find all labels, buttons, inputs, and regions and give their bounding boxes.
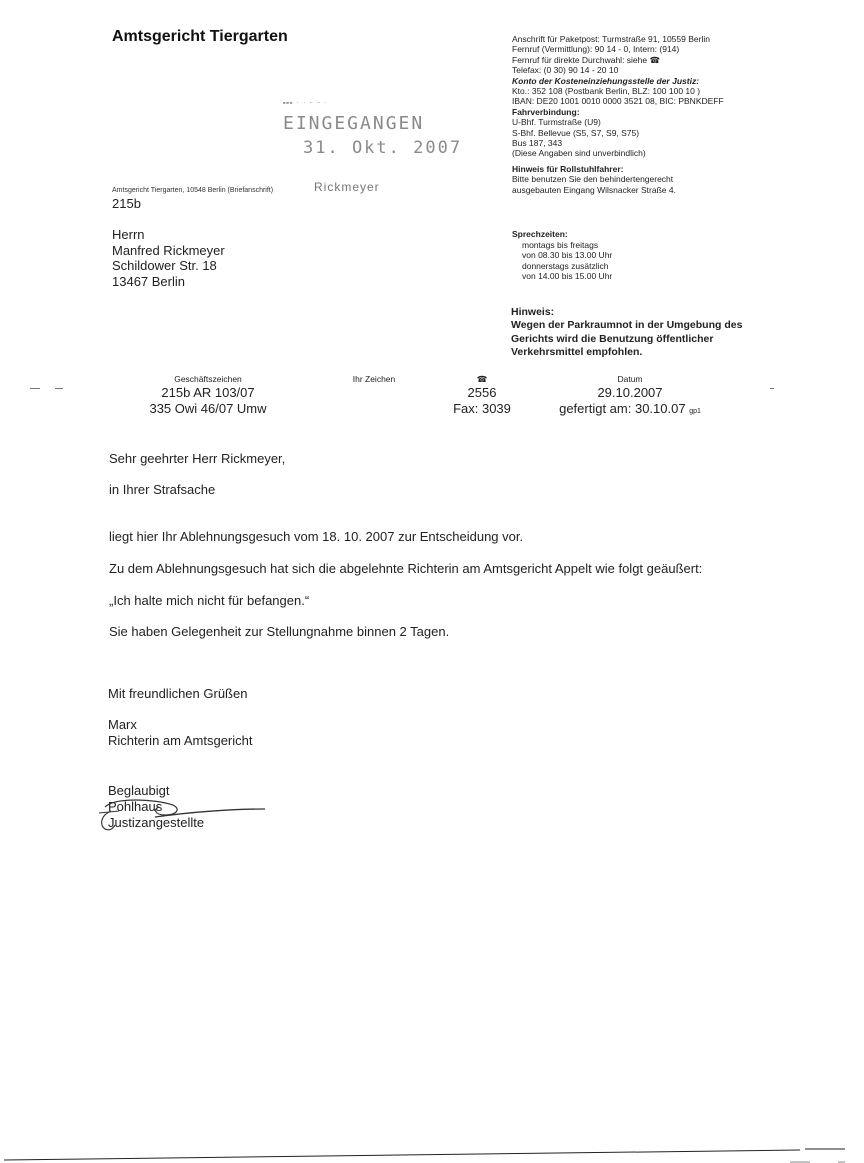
- address-line: Herrn: [112, 227, 225, 243]
- scan-mark: [55, 388, 63, 389]
- fax-number: Fax: 3039: [445, 401, 519, 417]
- handwritten-signature: [95, 795, 285, 840]
- info-line: Anschrift für Paketpost: Turmstraße 91, …: [512, 34, 772, 44]
- notice-line: Verkehrsmittel empfohlen.: [511, 346, 771, 359]
- transport-line: (Diese Angaben sind unverbindlich): [512, 148, 772, 158]
- prepared-date: gefertigt am: 30.10.07 gp1: [545, 401, 715, 420]
- notice-heading: Hinweis:: [511, 306, 771, 319]
- salutation: Sehr geehrter Herr Rickmeyer,: [109, 451, 285, 466]
- matter-line: in Ihrer Strafsache: [109, 482, 215, 497]
- case-label: Geschäftszeichen: [135, 373, 281, 385]
- account-heading: Konto der Kosteneinziehungsstelle der Ju…: [512, 76, 772, 86]
- received-stamp: ▬▬▬ · · ⌐ ─ · EINGEGANGEN 31. Okt. 2007: [283, 100, 462, 158]
- case-number: 335 Owi 46/07 Umw: [135, 401, 281, 417]
- your-reference: Ihr Zeichen: [340, 373, 408, 385]
- hours-line: donnerstags zusätzlich: [512, 261, 612, 272]
- body-paragraph: Sie haben Gelegenheit zur Stellungnahme …: [109, 624, 449, 639]
- phone-extension: 2556: [445, 385, 519, 401]
- stamp-name: Rickmeyer: [314, 180, 380, 194]
- account-line: Kto.: 352 108 (Postbank Berlin, BLZ: 100…: [512, 86, 772, 96]
- prepared-code: gp1: [689, 408, 701, 415]
- scan-mark: [30, 388, 40, 389]
- case-number: 215b AR 103/07: [135, 385, 281, 401]
- your-ref-label: Ihr Zeichen: [340, 373, 408, 385]
- hours-heading: Sprechzeiten:: [512, 229, 612, 240]
- court-contact-info: Anschrift für Paketpost: Turmstraße 91, …: [512, 34, 772, 195]
- info-line: Fernruf für direkte Durchwahl: siehe ☎: [512, 55, 772, 65]
- phone-icon: ☎: [445, 373, 519, 385]
- hours-line: von 14.00 bis 15.00 Uhr: [512, 271, 612, 282]
- parking-notice: Hinweis: Wegen der Parkraumnot in der Um…: [511, 306, 771, 360]
- notice-line: Wegen der Parkraumnot in der Umgebung de…: [511, 319, 771, 332]
- date-label: Datum: [545, 373, 715, 385]
- signer-title: Richterin am Amtsgericht: [108, 733, 253, 749]
- info-line: Telefax: (0 30) 90 14 - 20 10: [512, 65, 772, 75]
- department-code: 215b: [112, 196, 141, 211]
- address-line: Schildower Str. 18: [112, 258, 225, 274]
- court-name: Amtsgericht Tiergarten: [112, 28, 288, 46]
- info-line: Fernruf (Vermittlung): 90 14 - 0, Intern…: [512, 44, 772, 54]
- signer-block: Marx Richterin am Amtsgericht: [108, 717, 253, 749]
- wheelchair-line: ausgebauten Eingang Wilsnacker Straße 4.: [512, 185, 772, 195]
- address-line: Manfred Rickmeyer: [112, 243, 225, 259]
- hours-line: montags bis freitags: [512, 240, 612, 251]
- stamp-date: 31. Okt. 2007: [303, 138, 462, 158]
- wheelchair-heading: Hinweis für Rollstuhlfahrer:: [512, 164, 772, 174]
- transport-line: Bus 187, 343: [512, 138, 772, 148]
- office-hours: Sprechzeiten: montags bis freitags von 0…: [512, 229, 612, 282]
- scan-edge: [0, 1140, 864, 1163]
- date-reference: Datum 29.10.2007 gefertigt am: 30.10.07 …: [545, 373, 715, 419]
- closing-greeting: Mit freundlichen Grüßen: [108, 686, 247, 702]
- scan-mark: [770, 388, 774, 389]
- signer-name: Marx: [108, 717, 253, 733]
- notice-line: Gerichts wird die Benutzung öffentlicher: [511, 333, 771, 346]
- phone-reference: ☎ 2556 Fax: 3039: [445, 373, 519, 416]
- body-paragraph: Zu dem Ablehnungsgesuch hat sich die abg…: [109, 561, 702, 576]
- stamp-text: EINGEGANGEN: [283, 113, 462, 134]
- quote-paragraph: „Ich halte mich nicht für befangen.“: [109, 593, 309, 608]
- body-paragraph: liegt hier Ihr Ablehnungsgesuch vom 18. …: [109, 529, 523, 544]
- case-reference: Geschäftszeichen 215b AR 103/07 335 Owi …: [135, 373, 281, 416]
- return-address: Amtsgericht Tiergarten, 10548 Berlin (Br…: [112, 187, 273, 194]
- account-line: IBAN: DE20 1001 0010 0000 3521 08, BIC: …: [512, 96, 772, 106]
- transport-line: U-Bhf. Turmstraße (U9): [512, 117, 772, 127]
- transport-heading: Fahrverbindung:: [512, 107, 772, 117]
- transport-line: S-Bhf. Bellevue (S5, S7, S9, S75): [512, 128, 772, 138]
- address-line: 13467 Berlin: [112, 274, 225, 290]
- hours-line: von 08.30 bis 13.00 Uhr: [512, 250, 612, 261]
- wheelchair-line: Bitte benutzen Sie den behindertengerech…: [512, 174, 772, 184]
- letter-date: 29.10.2007: [545, 385, 715, 401]
- recipient-address: Herrn Manfred Rickmeyer Schildower Str. …: [112, 227, 225, 289]
